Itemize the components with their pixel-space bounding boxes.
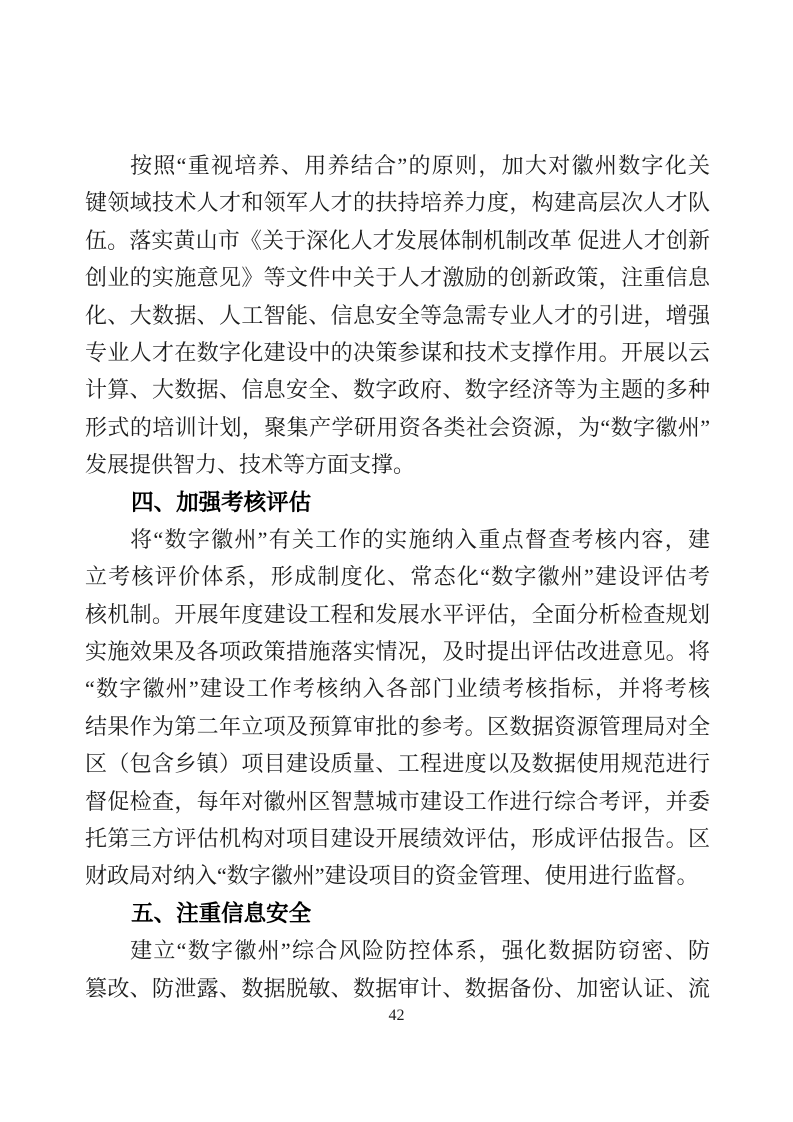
text-line: 建立“数字徽州”综合风险防控体系，强化数据防窃密、防 bbox=[85, 932, 710, 969]
text-line: 将“数字徽州”有关工作的实施纳入重点督查考核内容，建 bbox=[85, 521, 710, 558]
text-line: 计算、大数据、信息安全、数字政府、数字经济等为主题的多种 bbox=[85, 371, 710, 408]
page-number: 42 bbox=[0, 1004, 793, 1028]
text-line: 专业人才在数字化建设中的决策参谋和技术支撑作用。开展以云 bbox=[85, 334, 710, 371]
text-line: 结果作为第二年立项及预算审批的参考。区数据资源管理局对全 bbox=[85, 708, 710, 745]
text-line: 财政局对纳入“数字徽州”建设项目的资金管理、使用进行监督。 bbox=[85, 857, 710, 894]
section-heading: 四、加强考核评估 bbox=[85, 484, 710, 521]
document-page: 按照“重视培养、用养结合”的原则，加大对徽州数字化关键领域技术人才和领军人才的扶… bbox=[0, 0, 793, 1122]
text-line: 伍。落实黄山市《关于深化人才发展体制机制改革 促进人才创新 bbox=[85, 222, 710, 259]
text-line: 键领域技术人才和领军人才的扶持培养力度，构建高层次人才队 bbox=[85, 184, 710, 221]
text-line: 核机制。开展年度建设工程和发展水平评估，全面分析检查规划 bbox=[85, 596, 710, 633]
text-line: “数字徽州”建设工作考核纳入各部门业绩考核指标，并将考核 bbox=[85, 670, 710, 707]
text-line: 立考核评价体系，形成制度化、常态化“数字徽州”建设评估考 bbox=[85, 558, 710, 595]
section-heading: 五、注重信息安全 bbox=[85, 895, 710, 932]
text-line: 形式的培训计划，聚集产学研用资各类社会资源，为“数字徽州” bbox=[85, 409, 710, 446]
text-line: 督促检查，每年对徽州区智慧城市建设工作进行综合考评，并委 bbox=[85, 783, 710, 820]
text-line: 区（包含乡镇）项目建设质量、工程进度以及数据使用规范进行 bbox=[85, 745, 710, 782]
text-line: 托第三方评估机构对项目建设开展绩效评估，形成评估报告。区 bbox=[85, 820, 710, 857]
text-line: 篡改、防泄露、数据脱敏、数据审计、数据备份、加密认证、流 bbox=[85, 970, 710, 1007]
text-line: 创业的实施意见》等文件中关于人才激励的创新政策，注重信息 bbox=[85, 259, 710, 296]
text-line: 化、大数据、人工智能、信息安全等急需专业人才的引进，增强 bbox=[85, 297, 710, 334]
text-line: 发展提供智力、技术等方面支撑。 bbox=[85, 446, 710, 483]
document-body: 按照“重视培养、用养结合”的原则，加大对徽州数字化关键领域技术人才和领军人才的扶… bbox=[85, 147, 710, 1007]
text-line: 实施效果及各项政策措施落实情况，及时提出评估改进意见。将 bbox=[85, 633, 710, 670]
text-line: 按照“重视培养、用养结合”的原则，加大对徽州数字化关 bbox=[85, 147, 710, 184]
